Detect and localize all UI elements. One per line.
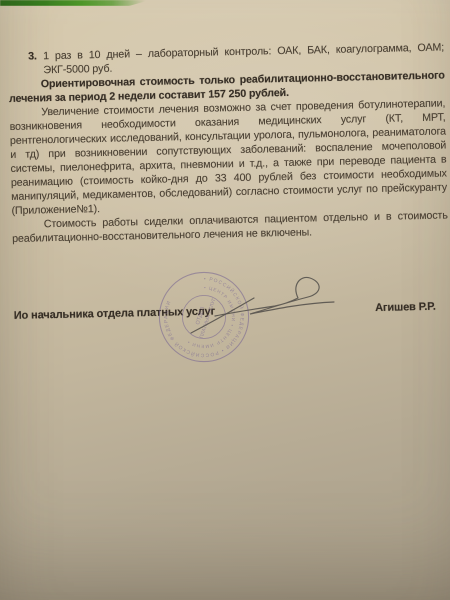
paragraph-cost-increase: Увеличение стоимости лечения возможно за… (9, 96, 447, 217)
signoff-name: Агишев Р.Р. (375, 300, 436, 315)
list-item-number: 3. (28, 49, 39, 77)
folder-edge-strip (0, 0, 150, 6)
handwritten-signature (180, 265, 350, 345)
signature-stroke-diagonal (191, 298, 254, 333)
photo-of-document: 3. 1 раз в 10 дней – лабораторный контро… (0, 0, 450, 600)
